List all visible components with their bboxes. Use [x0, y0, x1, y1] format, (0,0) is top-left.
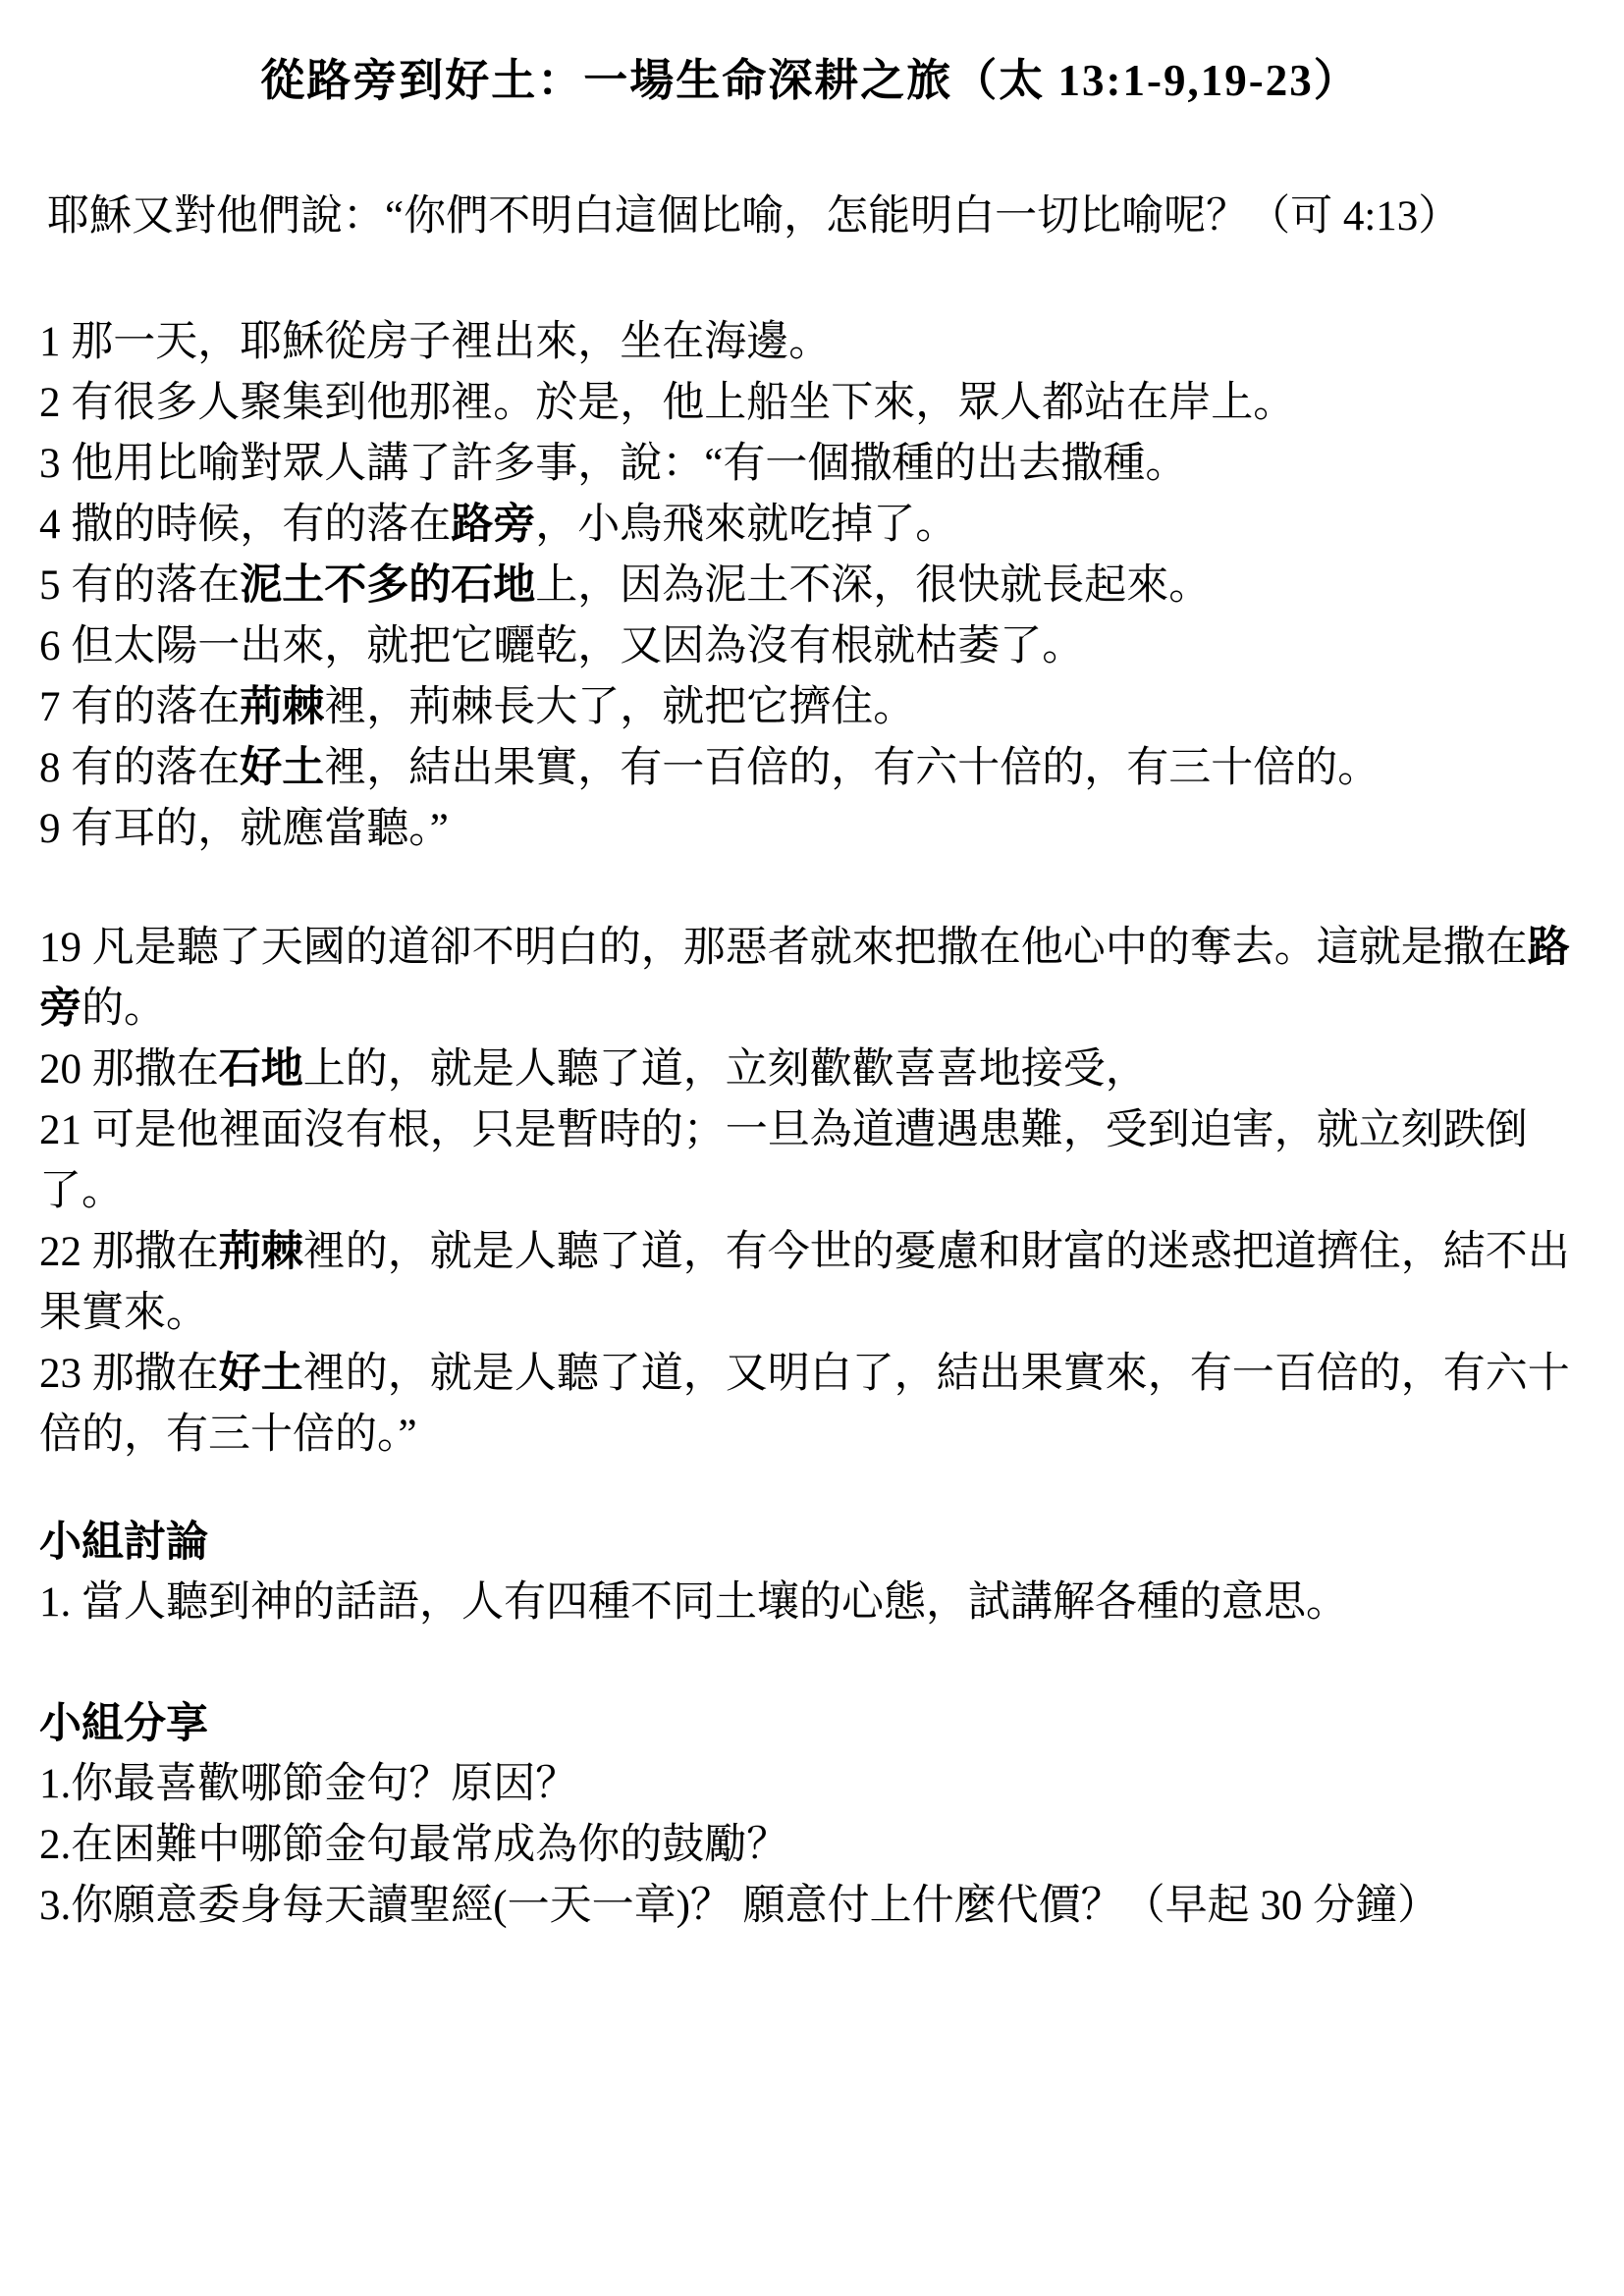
verse-1: 1 那一天，耶穌從房子裡出來，坐在海邊。	[39, 312, 1581, 373]
verse-number: 3	[39, 441, 61, 487]
verse-number: 4	[39, 502, 61, 548]
intro-quote: 耶穌又對他們說：“你們不明白這個比喻，怎能明白一切比喻呢？（可 4:13）	[39, 187, 1581, 247]
discussion-heading: 小組討論	[39, 1512, 1581, 1573]
question-item: 1.你最喜歡哪節金句？原因？	[39, 1754, 1581, 1815]
verse-23: 23 那撒在好土裡的，就是人聽了道，又明白了，結出果實來，有一百倍的，有六十倍的…	[39, 1344, 1581, 1466]
verse-20: 20 那撒在石地上的，就是人聽了道，立刻歡歡喜喜地接受，	[39, 1040, 1581, 1100]
verse-6: 6 但太陽一出來，就把它曬乾，又因為沒有根就枯萎了。	[39, 616, 1581, 677]
bold-key-term: 荊棘	[219, 1229, 303, 1275]
verse-number: 22	[39, 1229, 81, 1275]
verse-7: 7 有的落在荊棘裡，荊棘長大了，就把它擠住。	[39, 677, 1581, 738]
bold-key-term: 荊棘	[240, 684, 324, 730]
verse-8: 8 有的落在好土裡，結出果實，有一百倍的，有六十倍的，有三十倍的。	[39, 738, 1581, 799]
verse-number: 23	[39, 1351, 81, 1397]
verse-number: 1	[39, 319, 61, 365]
verse-19: 19 凡是聽了天國的道卻不明白的，那惡者就來把撒在他心中的奪去。這就是撒在路旁的…	[39, 918, 1581, 1040]
question-item: 3.你願意委身每天讀聖經(一天一章)？ 願意付上什麼代價？（早起 30 分鐘）	[39, 1876, 1581, 1937]
verse-number: 20	[39, 1046, 81, 1093]
discussion-questions: 1. 當人聽到神的話語，人有四種不同土壤的心態，試講解各種的意思。	[39, 1573, 1581, 1633]
bold-key-term: 路旁	[451, 502, 535, 548]
bold-key-term: 石地	[219, 1046, 303, 1093]
verse-number: 6	[39, 623, 61, 669]
sharing-questions: 1.你最喜歡哪節金句？原因？2.在困難中哪節金句最常成為你的鼓勵？3.你願意委身…	[39, 1754, 1581, 1937]
verse-21: 21 可是他裡面沒有根，只是暫時的；一旦為道遭遇患難，受到迫害，就立刻跌倒了。	[39, 1100, 1581, 1222]
verse-number: 7	[39, 684, 61, 730]
verse-22: 22 那撒在荊棘裡的，就是人聽了道，有今世的憂慮和財富的迷惑把道擠住，結不出果實…	[39, 1222, 1581, 1344]
question-item: 1. 當人聽到神的話語，人有四種不同土壤的心態，試講解各種的意思。	[39, 1573, 1581, 1633]
bold-key-term: 泥土不多的石地	[240, 562, 535, 609]
verse-number: 2	[39, 380, 61, 426]
verse-3: 3 他用比喻對眾人講了許多事，說：“有一個撒種的出去撒種。	[39, 434, 1581, 495]
bold-key-term: 好土	[240, 745, 324, 791]
verse-number: 9	[39, 806, 61, 852]
verse-2: 2 有很多人聚集到他那裡。於是，他上船坐下來，眾人都站在岸上。	[39, 373, 1581, 434]
verse-number: 5	[39, 562, 61, 609]
verse-4: 4 撒的時候，有的落在路旁，小鳥飛來就吃掉了。	[39, 495, 1581, 556]
sharing-heading: 小組分享	[39, 1693, 1581, 1754]
verse-number: 8	[39, 745, 61, 791]
passage-matthew-13-19-23: 19 凡是聽了天國的道卻不明白的，那惡者就來把撒在他心中的奪去。這就是撒在路旁的…	[39, 918, 1581, 1466]
verse-5: 5 有的落在泥土不多的石地上，因為泥土不深，很快就長起來。	[39, 556, 1581, 616]
verse-number: 21	[39, 1107, 81, 1153]
verse-number: 19	[39, 925, 81, 971]
bold-key-term: 路旁	[39, 925, 1570, 1032]
verse-9: 9 有耳的，就應當聽。”	[39, 799, 1581, 860]
question-item: 2.在困難中哪節金句最常成為你的鼓勵？	[39, 1815, 1581, 1876]
document-page: 從路旁到好土：一場生命深耕之旅（太 13:1-9,19-23） 耶穌又對他們說：…	[0, 0, 1624, 2296]
document-title: 從路旁到好土：一場生命深耕之旅（太 13:1-9,19-23）	[39, 51, 1581, 110]
bold-key-term: 好土	[219, 1351, 303, 1397]
passage-matthew-13-1-9: 1 那一天，耶穌從房子裡出來，坐在海邊。2 有很多人聚集到他那裡。於是，他上船坐…	[39, 312, 1581, 860]
